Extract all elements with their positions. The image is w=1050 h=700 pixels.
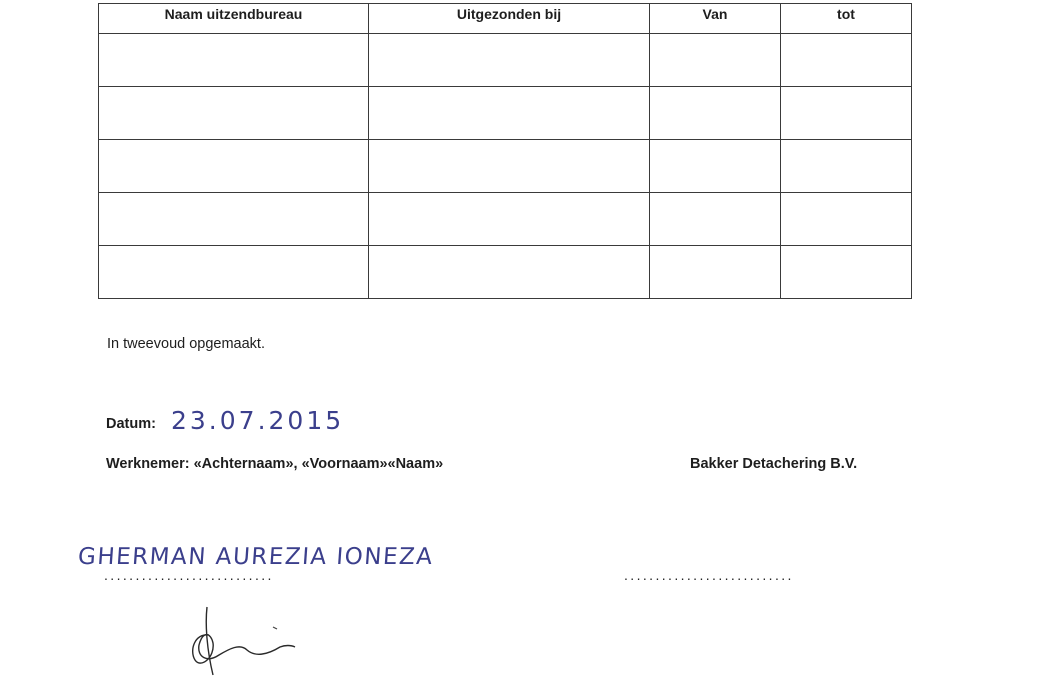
table-cell — [369, 140, 650, 193]
table-cell — [369, 34, 650, 87]
table-row — [99, 87, 912, 140]
table-cell — [369, 193, 650, 246]
header-uitgezonden-bij: Uitgezonden bij — [369, 4, 650, 34]
employee-signature-line: ........................... — [104, 567, 274, 583]
table-row — [99, 34, 912, 87]
table-cell — [650, 34, 781, 87]
header-tot: tot — [781, 4, 912, 34]
table-cell — [369, 87, 650, 140]
table-cell — [650, 193, 781, 246]
duplicate-note: In tweevoud opgemaakt. — [107, 336, 265, 352]
table-cell — [650, 87, 781, 140]
table-cell — [781, 34, 912, 87]
date-handwritten: 23.07.2015 — [171, 406, 344, 435]
table-cell — [650, 140, 781, 193]
employment-history-table: Naam uitzendbureau Uitgezonden bij Van t… — [98, 3, 912, 299]
table-cell — [781, 87, 912, 140]
table-cell — [781, 246, 912, 299]
table-cell — [369, 246, 650, 299]
header-naam-uitzendbureau: Naam uitzendbureau — [99, 4, 369, 34]
table-cell — [781, 140, 912, 193]
table-cell — [781, 193, 912, 246]
table-row — [99, 140, 912, 193]
table-cell — [99, 34, 369, 87]
table-cell — [99, 87, 369, 140]
employer-label: Bakker Detachering B.V. — [690, 456, 857, 472]
header-van: Van — [650, 4, 781, 34]
table-cell — [650, 246, 781, 299]
date-label: Datum: — [106, 416, 156, 432]
employer-signature-line: ........................... — [624, 567, 794, 583]
table-cell — [99, 140, 369, 193]
employee-label: Werknemer: «Achternaam», «Voornaam»«Naam… — [106, 456, 443, 472]
table-cell — [99, 193, 369, 246]
employee-signature — [185, 605, 305, 685]
table-row — [99, 193, 912, 246]
table-row — [99, 246, 912, 299]
table-cell — [99, 246, 369, 299]
